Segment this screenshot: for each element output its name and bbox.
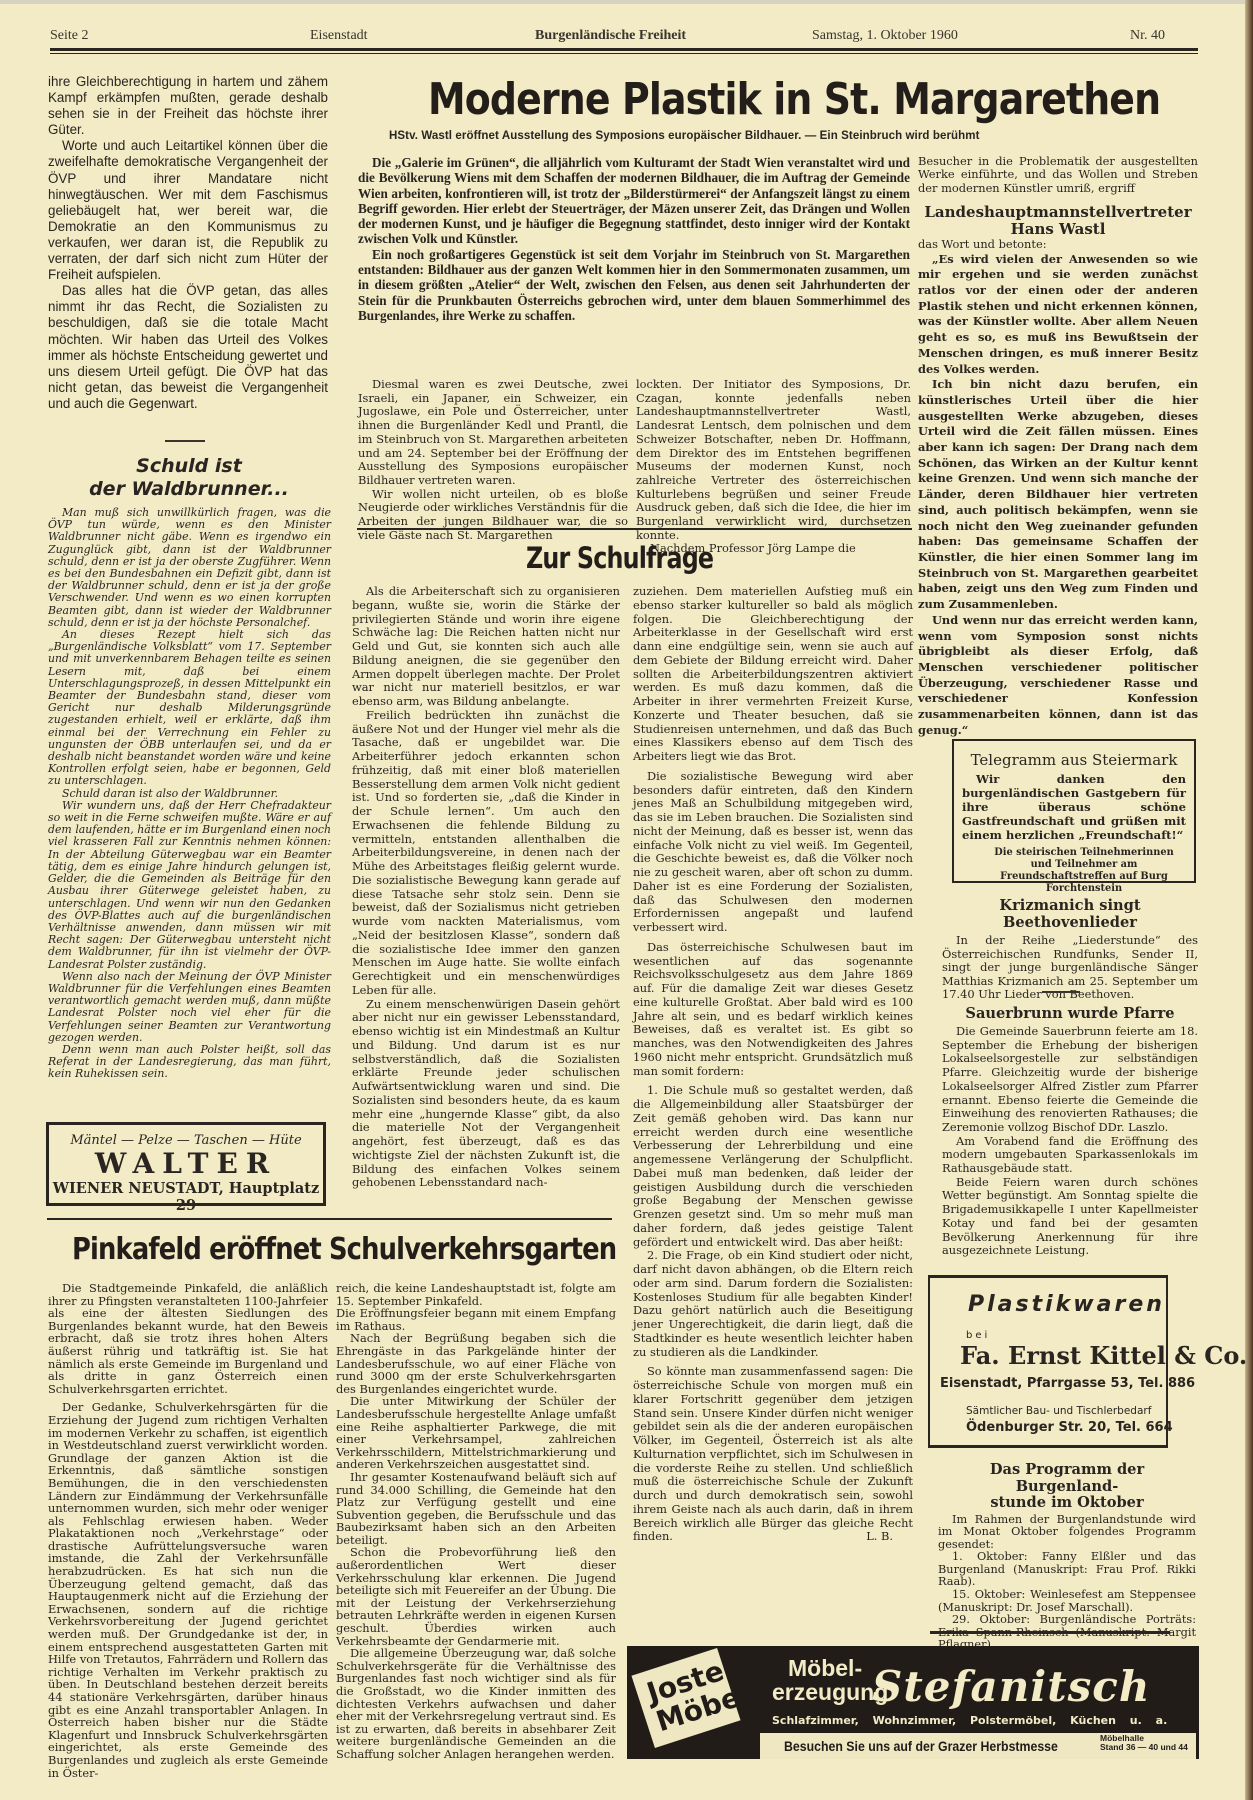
paragraph: Besucher in die Problematik der ausgeste… xyxy=(918,155,1198,195)
paragraph: Nach der Begrüßung begaben sich die Ehre… xyxy=(336,1332,616,1395)
schulfrage-col1: Als die Arbeiterschaft sich zu organisie… xyxy=(352,585,620,1190)
section-divider xyxy=(1042,991,1080,993)
section-rule xyxy=(357,528,912,530)
krizmanich-article: Krizmanich singt Beethovenlieder In der … xyxy=(942,897,1198,1002)
plastik-lead: Die „Galerie im Grünen“, die alljährlich… xyxy=(358,155,910,323)
schulfrage-headline: Zur Schulfrage xyxy=(526,541,713,575)
paragraph: Am Vorabend fand die Eröffnung des moder… xyxy=(942,1135,1198,1176)
author-initials: L. B. xyxy=(633,1530,913,1544)
leftcol-article-continuation: ihre Gleichberechtigung in hartem und zä… xyxy=(48,74,328,412)
paragraph: Der Gedanke, Schulverkehrsgärten für die… xyxy=(48,1401,328,1779)
paragraph: Ihr gesamter Kostenaufwand beläuft sich … xyxy=(336,1471,616,1547)
paragraph: Denn wenn man auch Polster heißt, soll d… xyxy=(48,1044,331,1081)
masthead: Seite 2 Eisenstadt Burgenländische Freih… xyxy=(50,28,1200,46)
paragraph: Die Stadtgemeinde Pinkafeld, die anläßli… xyxy=(48,1282,328,1395)
newspaper-name: Burgenländische Freiheit xyxy=(535,28,686,44)
waldbrunner-headline: Schuld ist der Waldbrunner... xyxy=(48,455,330,501)
paragraph: Schon die Probevorführung ließ den außer… xyxy=(336,1546,616,1647)
ad-address: WIENER NEUSTADT, Hauptplatz 29 xyxy=(49,1180,323,1214)
ad-address: Ödenburger Str. 20, Tel. 664 xyxy=(966,1420,1173,1435)
paragraph: Das alles hat die ÖVP getan, das alles n… xyxy=(48,283,328,412)
ad-headline: Plastikwaren xyxy=(968,1292,1165,1317)
program-item: 15. Oktober: Weinlesefest am Steppensee … xyxy=(938,1589,1196,1614)
plastik-headline: Moderne Plastik in St. Margarethen xyxy=(428,74,1160,125)
paragraph: Die Gemeinde Sauerbrunn feierte am 18. S… xyxy=(942,1025,1198,1135)
program-item: 1. Oktober: Fanny Elßler und das Burgenl… xyxy=(938,1551,1196,1589)
paragraph: Die unter Mitwirkung der Schüler der Lan… xyxy=(336,1395,616,1471)
pinkafeld-col1: Die Stadtgemeinde Pinkafeld, die anläßli… xyxy=(48,1282,328,1779)
paragraph: Worte und auch Leitartikel können über d… xyxy=(48,138,328,283)
plastik-col1: Diesmal waren es zwei Deutsche, zwei Isr… xyxy=(358,378,628,542)
paragraph: Die Eröffnungsfeier begann mit einem Emp… xyxy=(336,1307,616,1332)
issue-date: Samstag, 1. Oktober 1960 xyxy=(812,28,958,44)
burgenlandstunde-article: Das Programm der Burgenland- stunde im O… xyxy=(938,1462,1196,1652)
paragraph: Die allgemeine Überzeugung war, daß solc… xyxy=(336,1647,616,1760)
paragraph: 1. Die Schule muß so gestaltet werden, d… xyxy=(633,1084,913,1249)
krizmanich-title: Krizmanich singt Beethovenlieder xyxy=(942,897,1198,931)
paragraph: 2. Die Frage, ob ein Kind studiert oder … xyxy=(633,1249,913,1359)
ad-visit-strip: Besuchen Sie uns auf der Grazer Herbstme… xyxy=(760,1733,1196,1759)
ad-walter: Mäntel — Pelze — Taschen — Hüte WALTER W… xyxy=(46,1122,326,1206)
paragraph: lockten. Der Initiator des Symposions, D… xyxy=(636,378,911,542)
paragraph: reich, die keine Landeshauptstadt ist, f… xyxy=(336,1282,616,1307)
paragraph: Die sozialistische Bewegung wird aber be… xyxy=(633,770,913,935)
ad-company: Fa. Ernst Kittel & Co. xyxy=(960,1341,1247,1370)
plastik-subheadline: HStv. Wastl eröffnet Ausstellung des Sym… xyxy=(389,130,980,142)
ad-stefanitsch: Joste- Möbel Möbel- erzeugung Stefanitsc… xyxy=(627,1646,1199,1759)
sauerbrunn-title: Sauerbrunn wurde Pfarre xyxy=(942,1005,1198,1022)
city: Eisenstadt xyxy=(310,28,368,44)
paragraph: Zu einem menschenwürigen Dasein gehört a… xyxy=(352,998,620,1191)
ad-brand: WALTER xyxy=(49,1148,323,1180)
telegramm-body: Wir danken den burgenländischen Gastgebe… xyxy=(962,773,1186,843)
paragraph: Wir wollen nicht urteilen, ob es bloße N… xyxy=(358,488,628,543)
quote-paragraph: „Es wird vielen der Anwesenden so wie mi… xyxy=(918,252,1198,378)
wastl-subheading: Landeshauptmannstellvertreter Hans Wastl xyxy=(918,204,1198,238)
ad-brand: Stefanitsch xyxy=(872,1662,1150,1711)
quote-paragraph: Ich bin nicht dazu berufen, ein künstler… xyxy=(918,377,1198,613)
telegramm-signature: Die steirischen Teilnehmerinnen und Teil… xyxy=(984,847,1184,895)
waldbrunner-article: Man muß sich unwillkürlich fragen, was d… xyxy=(48,507,331,1081)
section-divider xyxy=(165,440,205,442)
paragraph: An dieses Rezept hielt sich das „Burgenl… xyxy=(48,629,331,788)
ad-tagline: Mäntel — Pelze — Taschen — Hüte xyxy=(49,1133,323,1148)
paragraph: Die „Galerie im Grünen“, die alljährlich… xyxy=(358,155,910,247)
paragraph: Beide Feiern waren durch schönes Wetter … xyxy=(942,1176,1198,1258)
ad-badge: Joste- Möbel xyxy=(631,1648,740,1748)
ad-address: Eisenstadt, Pfarrgasse 53, Tel. 886 xyxy=(940,1376,1195,1391)
pinkafeld-headline: Pinkafeld eröffnet Schulverkehrsgarten xyxy=(72,1232,616,1267)
sauerbrunn-article: Sauerbrunn wurde Pfarre Die Gemeinde Sau… xyxy=(942,1005,1198,1258)
paragraph: Wir wundern uns, daß der Herr Chefradakt… xyxy=(48,800,331,971)
paragraph: Im Rahmen der Burgenlandstunde wird im M… xyxy=(938,1514,1196,1552)
plastik-col3: Besucher in die Problematik der ausgeste… xyxy=(918,155,1198,738)
paragraph: Wenn also nach der Meinung der ÖVP Minis… xyxy=(48,971,331,1044)
paragraph: zuziehen. Dem materiellen Aufstieg muß e… xyxy=(633,585,913,764)
masthead-rule xyxy=(50,48,1198,54)
quote-paragraph: Und wenn nur das erreicht werden kann, w… xyxy=(918,613,1198,739)
paragraph: So könnte man zusammenfassend sagen: Die… xyxy=(633,1365,913,1544)
paragraph: Das österreichische Schulwesen baut im w… xyxy=(633,941,913,1079)
paragraph: Ein noch großartigeres Gegenstück ist se… xyxy=(358,247,910,323)
page-binding-edge xyxy=(1245,0,1253,1800)
schulfrage-col2: zuziehen. Dem materiellen Aufstieg muß e… xyxy=(633,585,913,1544)
paragraph: das Wort und betonte: xyxy=(918,238,1198,251)
paragraph: Diesmal waren es zwei Deutsche, zwei Isr… xyxy=(358,378,628,488)
telegramm-title: Telegramm aus Steiermark xyxy=(954,751,1194,769)
paragraph: Freilich bedrückten ihn zunächst die äuß… xyxy=(352,709,620,998)
paragraph: Man muß sich unwillkürlich fragen, was d… xyxy=(48,507,331,629)
burgenlandstunde-title: Das Programm der Burgenland- stunde im O… xyxy=(938,1462,1196,1512)
ad-products: Schlafzimmer, Wohnzimmer, Polstermöbel, … xyxy=(772,1714,1167,1727)
paragraph: ihre Gleichberechtigung in hartem und zä… xyxy=(48,74,328,138)
page-number: Seite 2 xyxy=(50,28,89,44)
issue-number: Nr. 40 xyxy=(1130,28,1165,44)
ad-label: Möbel- erzeugung xyxy=(772,1656,888,1704)
paragraph: Als die Arbeiterschaft sich zu organisie… xyxy=(352,585,620,709)
telegramm-box: Telegramm aus Steiermark Wir danken den … xyxy=(952,739,1196,883)
section-rule xyxy=(47,1218,612,1220)
ad-kittel: Plastikwaren bei Fa. Ernst Kittel & Co. … xyxy=(928,1275,1168,1448)
section-rule xyxy=(930,1631,1170,1634)
scan-top-edge xyxy=(0,0,1253,4)
pinkafeld-col2: reich, die keine Landeshauptstadt ist, f… xyxy=(336,1282,616,1761)
